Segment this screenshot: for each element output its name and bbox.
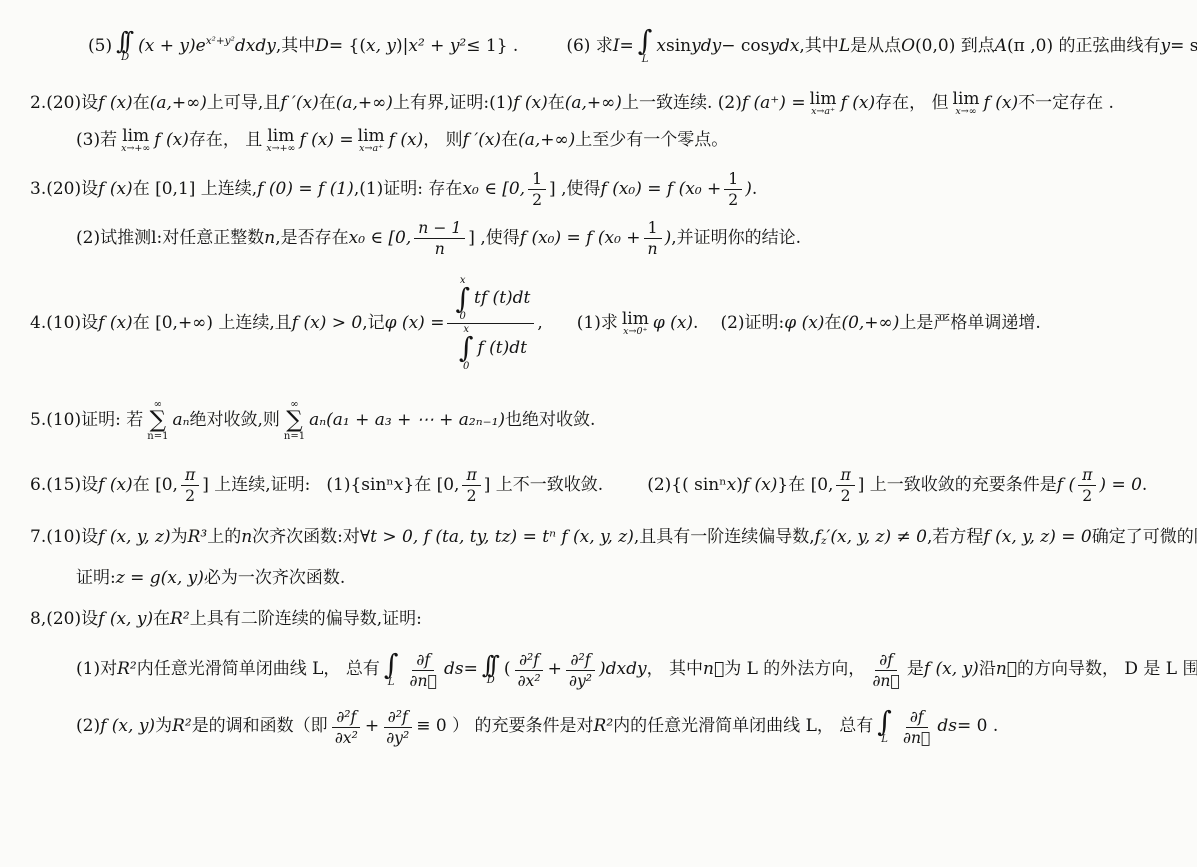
text-run: (x + y)e — [138, 36, 206, 57]
op-glyph: ∫∫ — [482, 654, 500, 677]
text-run: = sin — [1170, 36, 1197, 57]
text-run: = 0 . — [957, 716, 998, 737]
text-run: 必为一次齐次函数. — [204, 568, 345, 589]
text-run: aₙ(a₁ + a₃ + ⋯ + a₂ₙ₋₁) — [309, 410, 505, 431]
text-run: ， 则 — [423, 130, 462, 151]
op-glyph: ∫ — [384, 652, 399, 679]
fraction: π2 — [836, 466, 854, 505]
text-run: (2)证明: — [720, 313, 784, 334]
text-run: f (x, y) — [100, 716, 155, 737]
op-lower-limit: x→∞ — [955, 107, 976, 117]
fraction-numerator: 1 — [724, 170, 742, 190]
text-run: , — [537, 313, 542, 334]
op-lower-limit: x→+∞ — [121, 144, 150, 154]
text-run: f (x₀) = f (x₀ + — [601, 179, 722, 200]
text-run: 4.(10)设 — [30, 313, 98, 334]
sum-symbol: ∞∑n=1 — [284, 400, 305, 442]
text-run: ， 其中 — [647, 659, 703, 680]
fraction-numerator: ∂²f — [566, 651, 594, 671]
text-run: ∂f — [910, 708, 924, 726]
op-glyph: lim — [622, 311, 649, 327]
superscript: x²+y² — [206, 35, 235, 48]
fraction: ∂²f∂y² — [382, 708, 413, 747]
text-run: ) — [736, 475, 743, 496]
text-run: 在 — [824, 313, 841, 334]
text-run: ] 上不一致收敛. — [484, 475, 603, 496]
text-run: π — [466, 466, 476, 484]
text-run: f (x) — [743, 475, 778, 496]
text-run: L — [839, 36, 850, 57]
op-glyph: lim — [358, 128, 385, 144]
text-run: f (x, y) — [98, 609, 153, 630]
op-lower-limit: x→a⁺ — [359, 144, 383, 154]
fraction-numerator: 1 — [528, 170, 546, 190]
double-integral-symbol: ∫∫D — [482, 654, 500, 687]
fraction-numerator: ∂f — [906, 708, 928, 728]
text-run: R² — [594, 716, 614, 737]
text-run: 2 — [467, 487, 477, 505]
text-run: 上有界,证明:(1) — [393, 93, 513, 114]
text-run: ] 上一致收敛的充要条件是 — [858, 475, 1057, 496]
fraction-denominator: n — [431, 239, 449, 258]
text-run: (2){( sinⁿ — [647, 475, 726, 496]
document-page: (5)∫∫D(x + y)ex²+y² dxdy ,其中 D = {(x, y)… — [0, 0, 1197, 867]
text-run: 2.(20)设 — [30, 93, 98, 114]
op-lower-limit: L — [388, 678, 395, 688]
text-run: D — [315, 36, 329, 57]
text-run: f (x) — [984, 93, 1019, 114]
problem-line-13: (2)f (x, y) 为 R² 是的调和函数（即 ∂²f∂x² + ∂²f∂y… — [76, 708, 1197, 747]
op-glyph: lim — [953, 91, 980, 107]
text-run: (6) 求 — [566, 36, 612, 57]
text-run: (5) — [88, 36, 112, 57]
text-run: (0,+∞) — [841, 313, 899, 334]
text-run: 在 — [548, 93, 565, 114]
text-run: f (x, y, z) — [98, 527, 170, 548]
text-run: ∂f — [879, 651, 893, 669]
text-run: R² — [170, 609, 190, 630]
text-run: π — [1082, 466, 1092, 484]
fraction-numerator: π — [462, 466, 480, 486]
text-run: 在 [0, — [133, 475, 178, 496]
fraction-denominator: 2 — [463, 486, 481, 505]
text-run: x — [394, 475, 404, 496]
text-run: ,(1)证明: 存在 — [354, 179, 463, 200]
text-run: 1 — [728, 170, 738, 188]
fraction: ∂f∂n⃗ — [899, 708, 935, 747]
fraction: ∂f∂n⃗ — [868, 651, 904, 690]
problem-line-6: 4.(10)设 f (x) 在 [0,+∞) 上连续,且 f (x) > 0,记… — [30, 276, 1197, 372]
text-run: ] 上连续,证明: — [202, 475, 310, 496]
text-run: f (x) — [154, 130, 189, 151]
text-run: 5.(10)证明: 若 — [30, 410, 143, 431]
text-run: ∂n⃗ — [903, 729, 931, 747]
problem-line-3: (3)若 limx→+∞ f (x) 存在， 且 limx→+∞ f (x) =… — [76, 128, 1197, 154]
problem-line-8: 6.(15)设 f (x) 在 [0,π2] 上连续,证明:(1){sinⁿ x… — [30, 466, 1197, 505]
text-run: f (x, y) — [924, 659, 979, 680]
fraction-denominator: 2 — [528, 190, 546, 209]
text-run: f (x) — [513, 93, 548, 114]
text-run: ydy — [691, 36, 721, 57]
text-run: (a,+∞) — [336, 93, 393, 114]
text-run: + — [548, 659, 562, 680]
op-lower-limit: L — [642, 55, 649, 65]
fraction-numerator: 1 — [644, 219, 662, 239]
text-run: 不一定存在 . — [1018, 93, 1114, 114]
integral-symbol: ∫L — [877, 709, 892, 746]
text-run: 8,(20)设 — [30, 609, 98, 630]
fraction-numerator: π — [181, 466, 199, 486]
text-run: 内的任意光滑简单闭曲线 L， 总有 — [613, 716, 873, 737]
text-run: (a,+∞) — [565, 93, 622, 114]
fraction: π2 — [181, 466, 199, 505]
text-run: 上具有二阶连续的偏导数,证明: — [190, 609, 422, 630]
text-run: f (x) — [98, 179, 133, 200]
text-run: ∂n⃗ — [872, 672, 900, 690]
text-run: φ (x) = — [385, 313, 445, 334]
text-run: 是 — [907, 659, 924, 680]
text-run: I — [613, 36, 620, 57]
text-run: ∂²f — [519, 651, 539, 669]
text-run: ) = 0 — [1099, 475, 1142, 496]
text-run: tf (t)dt — [474, 289, 530, 309]
text-run: A — [995, 36, 1007, 57]
text-run: ∂²f — [570, 651, 590, 669]
op-glyph: lim — [122, 128, 149, 144]
text-run: f (0) = f (1) — [257, 179, 354, 200]
text-run: 在 — [133, 93, 150, 114]
problem-line-1: (5)∫∫D(x + y)ex²+y² dxdy ,其中 D = {(x, y)… — [88, 28, 1197, 65]
limit-operator: limx→+∞ — [266, 128, 295, 154]
text-run: 存在， 且 — [189, 130, 262, 151]
text-run: f (x) — [98, 475, 133, 496]
text-run: 绝对收敛,则 — [189, 410, 279, 431]
text-run: 7.(10)设 — [30, 527, 98, 548]
fraction: ∂²f∂y² — [565, 651, 596, 690]
text-run: R² — [172, 716, 192, 737]
fraction: π2 — [462, 466, 480, 505]
text-run: ds — [444, 659, 464, 680]
text-run: − cos — [721, 36, 769, 57]
op-lower-limit: D — [487, 676, 495, 686]
text-run: 上是严格单调递增. — [899, 313, 1040, 334]
text-run: ,并证明你的结论. — [671, 228, 801, 249]
text-run: 2 — [532, 191, 542, 209]
text-run: 为 — [171, 527, 188, 548]
text-run: O — [901, 36, 915, 57]
text-run: 为 L 的外法方向， — [724, 659, 865, 680]
op-glyph: ∫ — [459, 335, 474, 362]
text-run: ∂y² — [386, 729, 409, 747]
text-run: = — [464, 659, 478, 680]
text-run: x — [727, 475, 737, 496]
op-lower-limit: 0 — [460, 312, 466, 322]
text-run: (3)若 — [76, 130, 117, 151]
fraction-denominator: ∂y² — [565, 671, 596, 690]
fraction-denominator: ∂n⃗ — [899, 728, 935, 747]
fraction: ∂²f∂x² — [513, 651, 544, 690]
text-run: 2 — [185, 487, 195, 505]
text-run: (1){sinⁿ — [326, 475, 393, 496]
text-run: 上一致连续. (2) — [622, 93, 742, 114]
text-run: ∂²f — [388, 708, 408, 726]
text-run: 确定了可微的隐函数 — [1092, 527, 1197, 548]
op-glyph: lim — [810, 91, 837, 107]
fraction-numerator: ∂f — [875, 651, 897, 671]
text-run: ) — [665, 228, 672, 249]
op-glyph: lim — [267, 128, 294, 144]
fraction-denominator: n — [644, 239, 662, 258]
text-run: x² + y² — [408, 36, 466, 57]
text-run: + — [365, 716, 379, 737]
problem-line-10: 证明: z = g(x, y) 必为一次齐次函数. — [76, 568, 1197, 589]
limit-operator: limx→∞ — [953, 91, 980, 117]
problem-line-2: 2.(20)设 f (x) 在 (a,+∞) 上可导,且 f ′(x) 在 (a… — [30, 91, 1197, 117]
fraction-denominator: ∂x² — [513, 671, 544, 690]
text-run: n⃗ — [996, 659, 1017, 680]
text-run: f (x) — [98, 313, 133, 334]
fraction-numerator: ∂f — [412, 651, 434, 671]
text-run: ∂y² — [569, 672, 592, 690]
text-run: (a,+∞) — [150, 93, 207, 114]
fraction-denominator: ∂x² — [331, 728, 362, 747]
limit-operator: limx→a⁺ — [358, 128, 385, 154]
text-run: sin — [666, 36, 691, 57]
fraction: 12 — [528, 170, 546, 209]
text-run: ,其中 — [276, 36, 315, 57]
text-run: dxdy — [235, 36, 276, 57]
op-glyph: ∫ — [638, 28, 653, 55]
text-run: 也绝对收敛. — [505, 410, 595, 431]
text-run: ] ,使得 — [468, 228, 519, 249]
op-lower-limit: 0 — [463, 362, 469, 372]
text-run: }在 [0, — [403, 475, 459, 496]
limit-operator: limx→+∞ — [121, 128, 150, 154]
text-run: (1)求 — [577, 313, 618, 334]
integral-symbol: ∫L — [638, 28, 653, 65]
text-run: (2)试推测l:对任意正整数 — [76, 228, 264, 249]
text-run: 证明: — [76, 568, 116, 589]
text-run: ∂f — [416, 651, 430, 669]
fraction-denominator: ∂y² — [382, 728, 413, 747]
op-lower-limit: x→a⁺ — [811, 107, 835, 117]
op-glyph: ∫ — [877, 709, 892, 736]
text-run: f (x₀) = f (x₀ + — [520, 228, 641, 249]
text-run: x₀ ∈ [0, — [349, 228, 412, 249]
text-run: π — [840, 466, 850, 484]
text-run: f (t)dt — [477, 339, 527, 359]
fraction: ∂²f∂x² — [331, 708, 362, 747]
text-run: 在 — [501, 130, 518, 151]
text-run: 次齐次函数:对 — [252, 527, 360, 548]
fraction-numerator: ∂²f — [332, 708, 360, 728]
text-run: R² — [117, 659, 137, 680]
text-run: f (x) > 0 — [292, 313, 362, 334]
problem-line-7: 5.(10)证明: 若∞∑n=1aₙ 绝对收敛,则∞∑n=1aₙ(a₁ + a₃… — [30, 400, 1197, 442]
text-run: n — [435, 240, 445, 258]
fraction: π2 — [1078, 466, 1096, 505]
fraction-denominator: ∂n⃗ — [868, 671, 904, 690]
text-run: ≡ 0 ） 的充要条件是对 — [416, 716, 593, 737]
text-run: (2) — [76, 716, 100, 737]
text-run: 的方向导数， D 是 L 围成的有界闭区域; — [1017, 659, 1197, 680]
text-run: 6.(15)设 — [30, 475, 98, 496]
text-run: ] ,使得 — [549, 179, 600, 200]
fraction-denominator: x∫0f (t)dt — [451, 324, 531, 372]
text-run: aₙ — [172, 410, 189, 431]
text-run: . — [752, 179, 757, 200]
text-run: n — [264, 228, 275, 249]
text-run: 内任意光滑简单闭曲线 L， 总有 — [137, 659, 380, 680]
text-run: (0,0) 到点 — [915, 36, 995, 57]
op-glyph: ∑ — [150, 410, 166, 432]
fraction-numerator: ∂²f — [384, 708, 412, 728]
fraction-numerator: ∂²f — [515, 651, 543, 671]
text-run: f ′(x) — [463, 130, 501, 151]
text-run: 上的 — [207, 527, 241, 548]
text-run: f (a⁺) = — [742, 93, 806, 114]
text-run: = — [620, 36, 634, 57]
text-run: ∂²f — [336, 708, 356, 726]
op-glyph: ∫ — [455, 286, 470, 313]
integral-symbol: x∫0 — [455, 276, 470, 323]
text-run: 2 — [728, 191, 738, 209]
text-run: ,若方程 — [927, 527, 983, 548]
text-run: ∂x² — [517, 672, 540, 690]
text-run: 是的调和函数（即 — [192, 716, 328, 737]
text-run: . — [1142, 475, 1147, 496]
integral-symbol: ∫L — [384, 652, 399, 689]
text-run: f (x) — [389, 130, 424, 151]
fraction: x∫0tf (t)dtx∫0f (t)dt — [447, 276, 534, 372]
text-run: 1 — [648, 219, 658, 237]
fraction-denominator: ∂n⃗ — [405, 671, 441, 690]
text-run: 存在， 但 — [875, 93, 948, 114]
op-glyph: ∑ — [286, 410, 302, 432]
text-run: 3.(20)设 — [30, 179, 98, 200]
text-run: f ′(x) — [280, 93, 318, 114]
op-glyph: ∫∫ — [116, 30, 134, 53]
text-run: 沿 — [979, 659, 996, 680]
text-run: ∂n⃗ — [409, 672, 437, 690]
text-run: ,其中 — [799, 36, 838, 57]
double-integral-symbol: ∫∫D — [116, 30, 134, 63]
text-run: (a,+∞) — [518, 130, 575, 151]
text-run: ds — [937, 716, 957, 737]
problem-line-5: (2)试推测l:对任意正整数 n ,是否存在 x₀ ∈ [0,n − 1n] ,… — [76, 219, 1197, 258]
fraction-denominator: 2 — [1078, 486, 1096, 505]
text-run: R³ — [188, 527, 208, 548]
text-run: ,记 — [362, 313, 384, 334]
text-run: n⃗ — [703, 659, 724, 680]
fraction: 12 — [724, 170, 742, 209]
text-run: (π ,0) 的正弦曲线有 — [1007, 36, 1160, 57]
text-run: 在 [0,+∞) 上连续,且 — [133, 313, 292, 334]
text-run: φ (x) — [653, 313, 693, 334]
text-run: ∀t > 0, f (ta, ty, tz) = tⁿ f (x, y, z) — [360, 527, 634, 548]
sum-symbol: ∞∑n=1 — [147, 400, 168, 442]
fraction-numerator: x∫0tf (t)dt — [447, 276, 534, 325]
op-lower-limit: x→+∞ — [266, 144, 295, 154]
fraction-numerator: π — [1078, 466, 1096, 486]
text-run: ,是否存在 — [275, 228, 348, 249]
text-run: x₀ ∈ [0, — [462, 179, 525, 200]
text-run: f (x, y, z) = 0 — [983, 527, 1091, 548]
fraction: n − 1n — [414, 219, 465, 258]
op-lower-limit: x→0⁺ — [623, 327, 647, 337]
text-run: x — [656, 36, 666, 57]
text-run: 2 — [841, 487, 851, 505]
problem-line-9: 7.(10)设 f (x, y, z) 为 R³ 上的 n 次齐次函数:对 ∀t… — [30, 527, 1197, 548]
problem-line-4: 3.(20)设 f (x) 在 [0,1] 上连续, f (0) = f (1)… — [30, 170, 1197, 209]
limit-operator: limx→0⁺ — [622, 311, 649, 337]
op-lower-limit: D — [121, 53, 129, 63]
subscript: z — [821, 535, 827, 548]
text-run: . — [693, 313, 698, 334]
fraction-denominator: 2 — [724, 190, 742, 209]
text-run: f ( — [1057, 475, 1075, 496]
text-run: = {( — [329, 36, 366, 57]
op-lower-limit: n=1 — [284, 432, 305, 442]
problem-line-12: (1)对 R² 内任意光滑简单闭曲线 L， 总有 ∫L∂f∂n⃗ds = ∫∫D… — [76, 651, 1197, 690]
op-lower-limit: n=1 — [147, 432, 168, 442]
text-run: φ (x) — [784, 313, 824, 334]
text-run: n — [648, 240, 658, 258]
fraction-denominator: 2 — [181, 486, 199, 505]
text-run: ydx — [769, 36, 799, 57]
text-run: n − 1 — [418, 219, 461, 237]
text-run: x, y — [366, 36, 396, 57]
text-run: y — [1161, 36, 1171, 57]
text-run: f (x) — [841, 93, 876, 114]
fraction: 1n — [644, 219, 662, 258]
text-run: n — [241, 527, 252, 548]
problem-line-11: 8,(20)设 f (x, y)在 R² 上具有二阶连续的偏导数,证明: — [30, 609, 1197, 630]
text-run: 上可导,且 — [207, 93, 280, 114]
text-run: π — [185, 466, 195, 484]
fraction-numerator: π — [836, 466, 854, 486]
limit-operator: limx→a⁺ — [810, 91, 837, 117]
text-run: 在 [0,1] 上连续, — [133, 179, 258, 200]
text-run: f (x) — [98, 93, 133, 114]
integral-symbol: x∫0 — [459, 325, 474, 372]
text-run: 上至少有一个零点。 — [575, 130, 728, 151]
text-run: )dxdy — [599, 659, 647, 680]
fraction-denominator: 2 — [837, 486, 855, 505]
text-run: ∂x² — [335, 729, 358, 747]
fraction-numerator: n − 1 — [414, 219, 465, 239]
text-run: 在 — [153, 609, 170, 630]
fraction: ∂f∂n⃗ — [405, 651, 441, 690]
text-run: f (x) = — [299, 130, 353, 151]
text-run: 在 — [319, 93, 336, 114]
text-run: 1 — [532, 170, 542, 188]
text-run: ,且具有一阶连续偏导数, — [634, 527, 815, 548]
text-run: ( — [504, 659, 511, 680]
op-lower-limit: L — [881, 735, 888, 745]
text-run: ) — [745, 179, 752, 200]
text-run: 是从点 — [850, 36, 901, 57]
text-run: )| — [396, 36, 408, 57]
text-run: z = g(x, y) — [116, 568, 204, 589]
text-run: (1)对 — [76, 659, 117, 680]
text-run: 为 — [155, 716, 172, 737]
text-run: 2 — [1082, 487, 1092, 505]
text-run: ≤ 1} . — [466, 36, 518, 57]
text-run: }在 [0, — [777, 475, 833, 496]
text-run: ′(x, y, z) ≠ 0 — [827, 527, 928, 548]
